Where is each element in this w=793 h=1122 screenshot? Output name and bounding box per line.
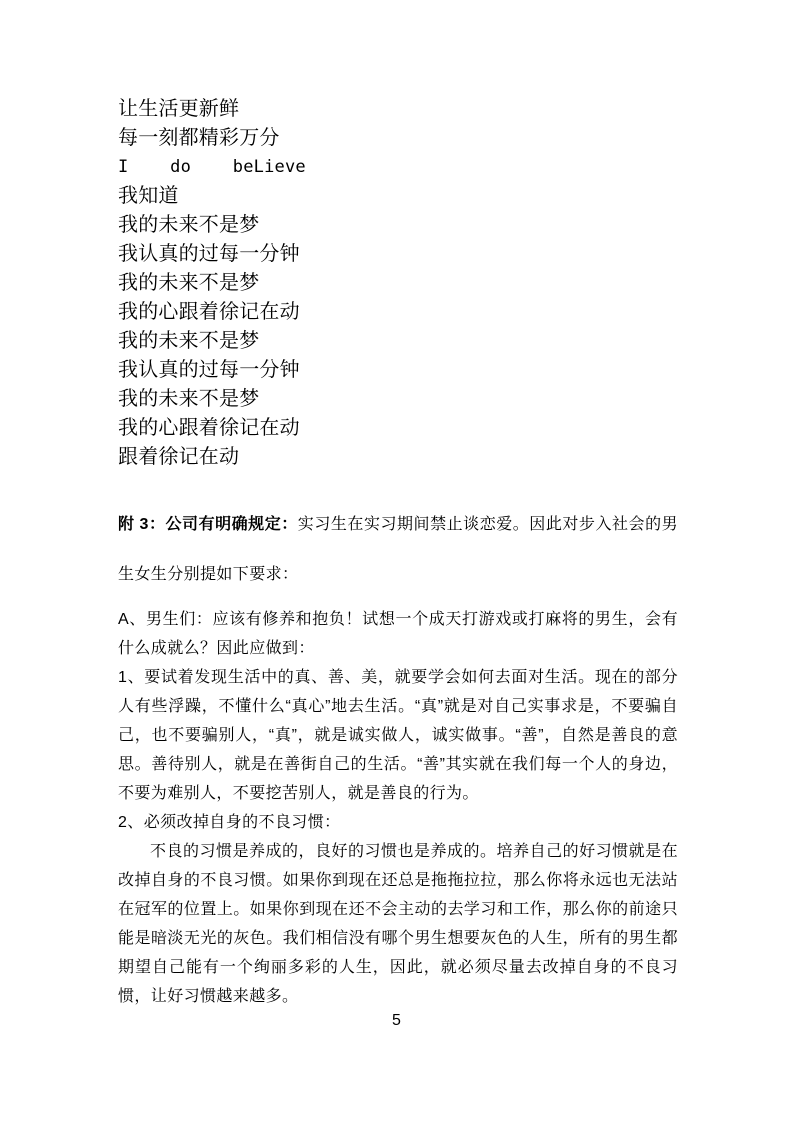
document-page: 让生活更新鲜 每一刻都精彩万分 I do beLieve 我知道 我的未来不是梦… bbox=[0, 0, 793, 1122]
lyric-line: 每一刻都精彩万分 bbox=[118, 124, 678, 153]
lyric-line-english: I do beLieve bbox=[118, 153, 678, 182]
lyric-line: 我的心跟着徐记在动 bbox=[118, 298, 678, 327]
lyric-line: 我的未来不是梦 bbox=[118, 269, 678, 298]
page-number: 5 bbox=[0, 1010, 793, 1032]
lyric-line: 我的心跟着徐记在动 bbox=[118, 414, 678, 443]
lyric-line: 我的未来不是梦 bbox=[118, 385, 678, 414]
paragraph-1-truth-kindness-beauty: 1、要试着发现生活中的真、善、美，就要学会如何去面对生活。现在的部分人有些浮躁，… bbox=[118, 663, 678, 808]
appendix-heading-paragraph: 附 3：公司有明确规定：实习生在实习期间禁止谈恋爱。因此对步入社会的男生女生分别… bbox=[118, 500, 678, 600]
lyric-line: 我的未来不是梦 bbox=[118, 211, 678, 240]
lyric-line: 我认真的过每一分钟 bbox=[118, 356, 678, 385]
lyric-line: 我知道 bbox=[118, 182, 678, 211]
lyric-line: 我认真的过每一分钟 bbox=[118, 240, 678, 269]
paragraph-a-boys-requirements: A、男生们：应该有修养和抱负！试想一个成天打游戏或打麻将的男生，会有什么成就么？… bbox=[118, 605, 678, 663]
paragraph-2-heading-bad-habits: 2、必须改掉自身的不良习惯： bbox=[118, 808, 678, 837]
appendix-section: 附 3：公司有明确规定：实习生在实习期间禁止谈恋爱。因此对步入社会的男生女生分别… bbox=[118, 500, 678, 1011]
appendix-heading-bold-label: 附 3：公司有明确规定： bbox=[118, 516, 298, 533]
lyric-line: 我的未来不是梦 bbox=[118, 327, 678, 356]
lyrics-block: 让生活更新鲜 每一刻都精彩万分 I do beLieve 我知道 我的未来不是梦… bbox=[118, 95, 678, 472]
paragraph-2-body-bad-habits: 不良的习惯是养成的，良好的习惯也是养成的。培养自己的好习惯就是在改掉自身的不良习… bbox=[118, 837, 678, 1011]
lyric-line: 跟着徐记在动 bbox=[118, 443, 678, 472]
lyric-line: 让生活更新鲜 bbox=[118, 95, 678, 124]
